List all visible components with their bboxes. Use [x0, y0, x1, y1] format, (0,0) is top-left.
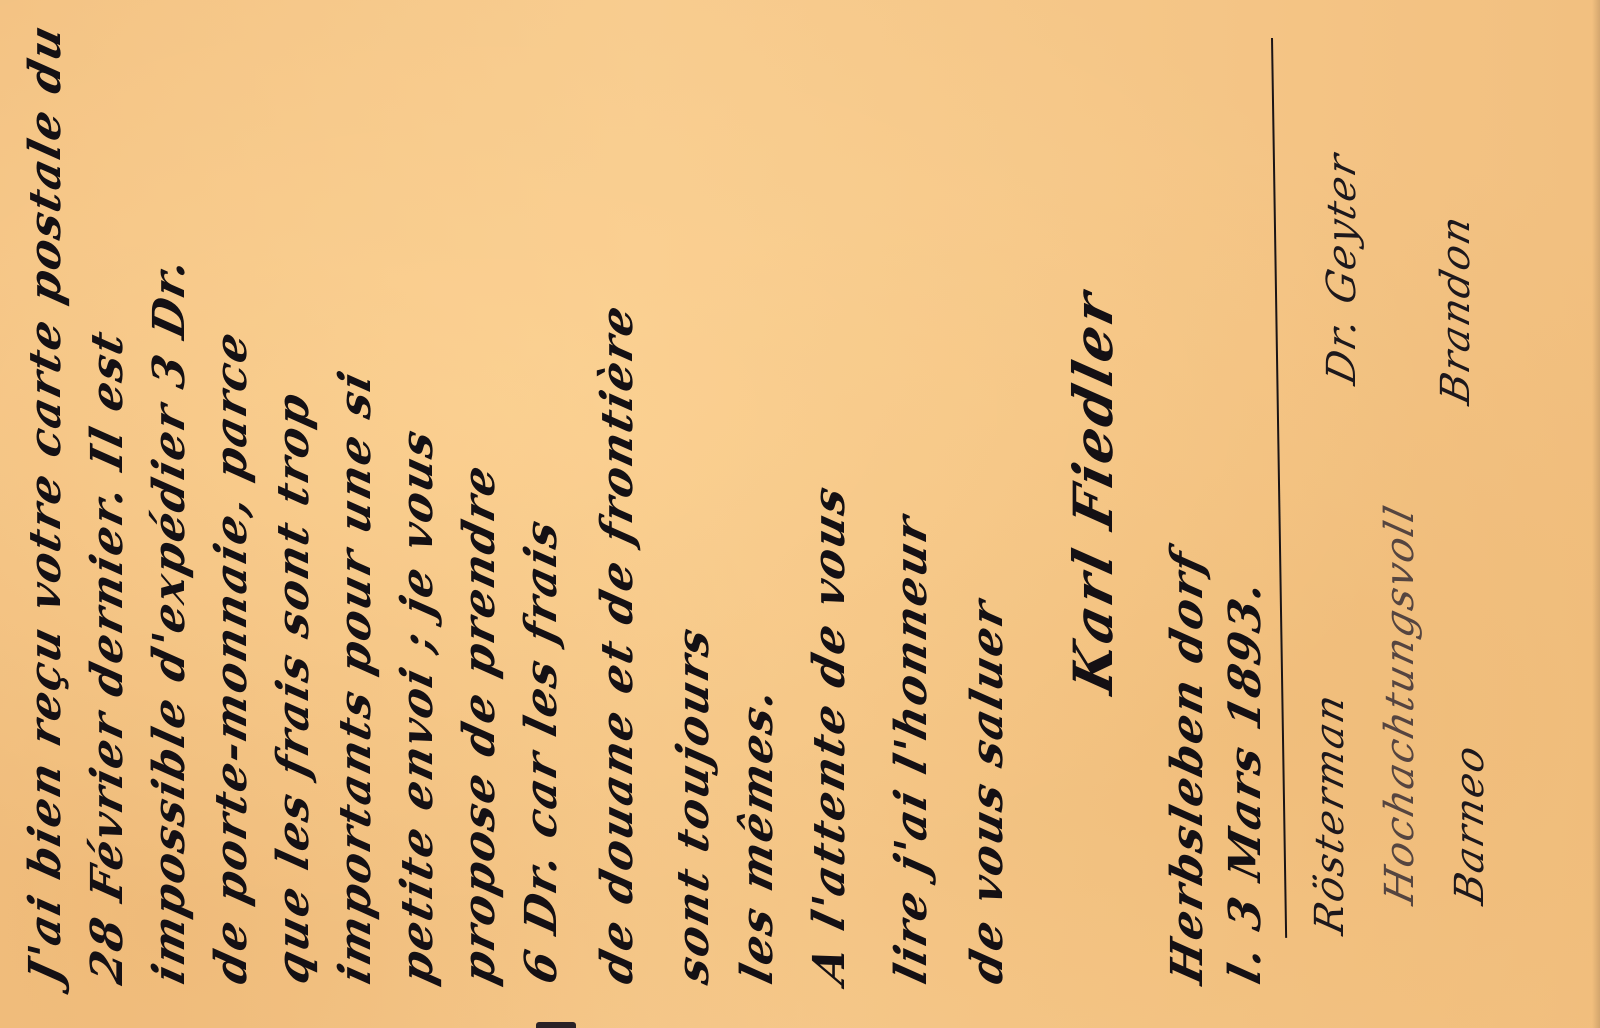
message-line: sont toujours	[672, 622, 716, 988]
message-line: lire j'ai l'honneur	[890, 510, 934, 988]
message-line: A l'attente de vous	[808, 481, 852, 988]
message-line: importants pour une si	[334, 366, 378, 988]
address-line: Rösterman	[1310, 689, 1350, 938]
message-line: impossible d'expédier 3 Dr.	[148, 253, 192, 988]
message-line: les mêmes.	[736, 683, 780, 988]
card-edge	[1592, 0, 1600, 1028]
dateline-place: Herbsleben dorf	[1166, 546, 1210, 988]
message-line: de porte-monnaie, parce	[210, 326, 254, 988]
message-line: de vous saluer	[966, 595, 1010, 988]
address-line: Brandon	[1436, 210, 1476, 408]
address-line: Dr. Geyter	[1322, 149, 1362, 388]
message-line: 6 Dr. car les frais	[520, 514, 564, 988]
postcard: J'ai bien reçu votre carte postale du 28…	[0, 0, 1600, 1028]
address-line: Hochachtungsvoll	[1380, 501, 1420, 908]
address-line: Barneo	[1450, 740, 1490, 908]
signature: Karl Fiedler	[1066, 285, 1120, 698]
message-line: propose de prendre	[458, 460, 502, 988]
message-line: J'ai bien reçu votre carte postale du	[24, 20, 68, 988]
message-line: de douane et de frontière	[596, 300, 640, 988]
dateline-date: l. 3 Mars 1893.	[1224, 575, 1268, 988]
message-line: que les frais sont trop	[272, 387, 316, 988]
stamp-fragment	[536, 1022, 576, 1028]
divider-line	[1271, 38, 1287, 938]
message-line: petite envoi ; je vous	[396, 424, 440, 988]
message-line: 28 Février dernier. Il est	[86, 326, 130, 988]
